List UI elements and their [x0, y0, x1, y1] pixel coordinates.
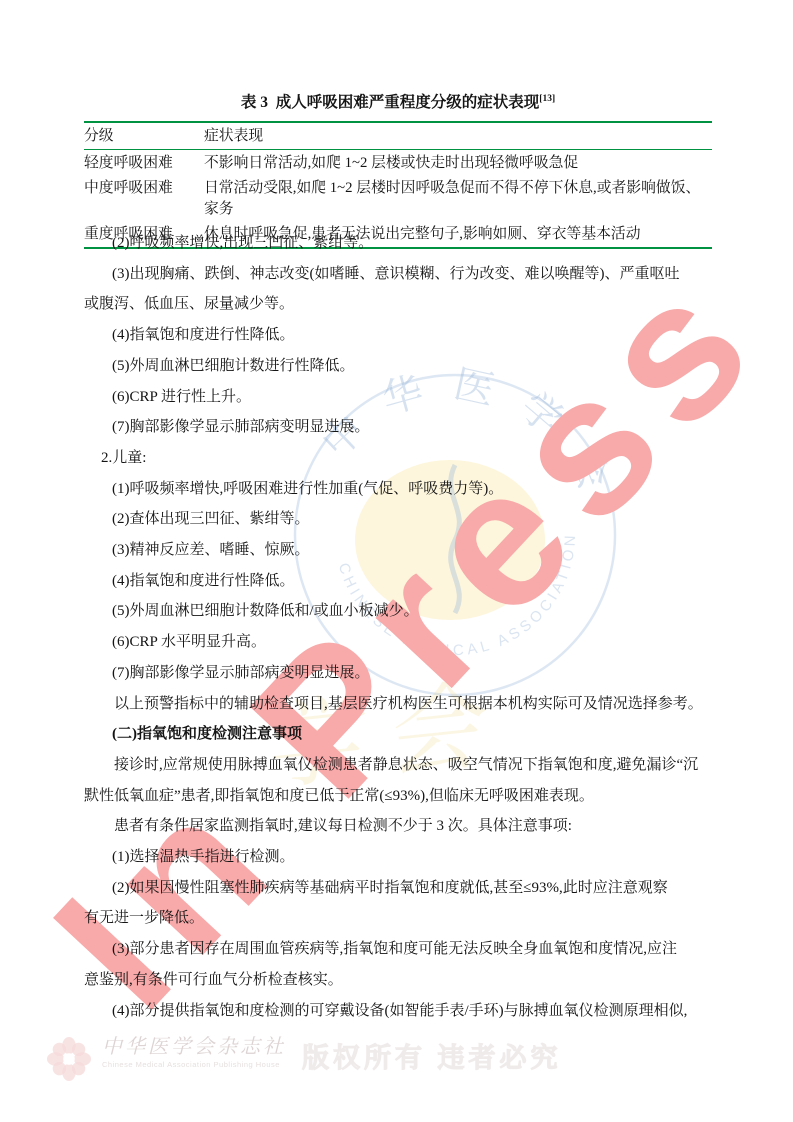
body-line: (1)选择温热手指进行检测。 — [84, 842, 744, 873]
table-block: 表 3 成人呼吸困难严重程度分级的症状表现[13] 分级 症状表现 轻度呼吸困难… — [84, 88, 712, 249]
body-line: 默性低氧血症”患者,即指氧饱和度已低于正常(≤93%),但临床无呼吸困难表现。 — [84, 781, 744, 812]
body-line: (1)呼吸频率增快,呼吸困难进行性加重(气促、呼吸费力等)。 — [84, 474, 744, 505]
body-line: (2)查体出现三凹征、紫绀等。 — [84, 504, 744, 535]
body-line: (7)胸部影像学显示肺部病变明显进展。 — [84, 412, 744, 443]
body-line: (3)部分患者因存在周围血管疾病等,指氧饱和度可能无法反映全身血氧饱和度情况,应… — [84, 934, 744, 965]
table-title-citation: [13] — [539, 94, 555, 104]
body-line: 有无进一步降低。 — [84, 903, 744, 934]
cell-symptom: 日常活动受限,如爬 1~2 层楼时因呼吸急促而不得不停下休息,或者影响做饭、家务 — [204, 175, 712, 221]
publisher-name-cn: 中华医学会杂志社 — [102, 1034, 286, 1060]
rights-notice: 版权所有 违者必究 — [302, 1036, 562, 1075]
body-line: (4)部分提供指氧饱和度检测的可穿戴设备(如智能手表/手环)与脉搏血氧仪检测原理… — [84, 996, 744, 1027]
footer: 中华医学会杂志社 Chinese Medical Association Pub… — [46, 1034, 562, 1088]
table-row: 中度呼吸困难日常活动受限,如爬 1~2 层楼时因呼吸急促而不得不停下休息,或者影… — [84, 175, 712, 221]
col-header-grade: 分级 — [84, 122, 204, 149]
section-heading: (二)指氧饱和度检测注意事项 — [84, 719, 744, 750]
body-line: (4)指氧饱和度进行性降低。 — [84, 320, 744, 351]
publisher-block: 中华医学会杂志社 Chinese Medical Association Pub… — [102, 1034, 286, 1069]
cell-symptom: 不影响日常活动,如爬 1~2 层楼或快走时出现轻微呼吸急促 — [204, 149, 712, 175]
body-line: 以上预警指标中的辅助检查项目,基层医疗机构医生可根据本机构实际可及情况选择参考。 — [84, 689, 744, 720]
publisher-name-en: Chinese Medical Association Publishing H… — [102, 1060, 286, 1069]
cell-grade: 轻度呼吸困难 — [84, 149, 204, 175]
body-line: (2)如果因慢性阻塞性肺疾病等基础病平时指氧饱和度就低,甚至≤93%,此时应注意… — [84, 873, 744, 904]
body-line: (6)CRP 进行性上升。 — [84, 382, 744, 413]
body-line: (6)CRP 水平明显升高。 — [84, 627, 744, 658]
body-line: (5)外周血淋巴细胞计数进行性降低。 — [84, 351, 744, 382]
body-line: (7)胸部影像学显示肺部病变明显进展。 — [84, 658, 744, 689]
table-header-row: 分级 症状表现 — [84, 122, 712, 149]
body-line: (3)出现胸痛、跌倒、神志改变(如嗜睡、意识模糊、行为改变、难以唤醒等)、严重呕… — [84, 259, 744, 290]
document-page: 中华医学会 CHINESE MEDICAL ASSOCIATION 学会 In … — [0, 0, 793, 1122]
body-text: (2)呼吸频率增快,出现三凹征、紫绀等。(3)出现胸痛、跌倒、神志改变(如嗜睡、… — [84, 228, 744, 1026]
body-line: 意鉴别,有条件可行血气分析检查核实。 — [84, 965, 744, 996]
publisher-flower-icon — [46, 1036, 92, 1082]
table-title: 表 3 成人呼吸困难严重程度分级的症状表现[13] — [84, 88, 712, 114]
body-line: 2.儿童: — [84, 443, 744, 474]
table-title-text: 成人呼吸困难严重程度分级的症状表现 — [276, 94, 540, 111]
body-line: 或腹泻、低血压、尿量减少等。 — [84, 289, 744, 320]
body-line: (2)呼吸频率增快,出现三凹征、紫绀等。 — [84, 228, 744, 259]
table-title-prefix: 表 3 — [241, 94, 268, 111]
body-line: (3)精神反应差、嗜睡、惊厥。 — [84, 535, 744, 566]
table-row: 轻度呼吸困难不影响日常活动,如爬 1~2 层楼或快走时出现轻微呼吸急促 — [84, 149, 712, 175]
body-line: (5)外周血淋巴细胞计数降低和/或血小板减少。 — [84, 596, 744, 627]
body-line: 患者有条件居家监测指氧时,建议每日检测不少于 3 次。具体注意事项: — [84, 811, 744, 842]
body-line: (4)指氧饱和度进行性降低。 — [84, 566, 744, 597]
cell-grade: 中度呼吸困难 — [84, 175, 204, 221]
col-header-symptom: 症状表现 — [204, 122, 712, 149]
body-line: 接诊时,应常规使用脉搏血氧仪检测患者静息状态、吸空气情况下指氧饱和度,避免漏诊“… — [84, 750, 744, 781]
